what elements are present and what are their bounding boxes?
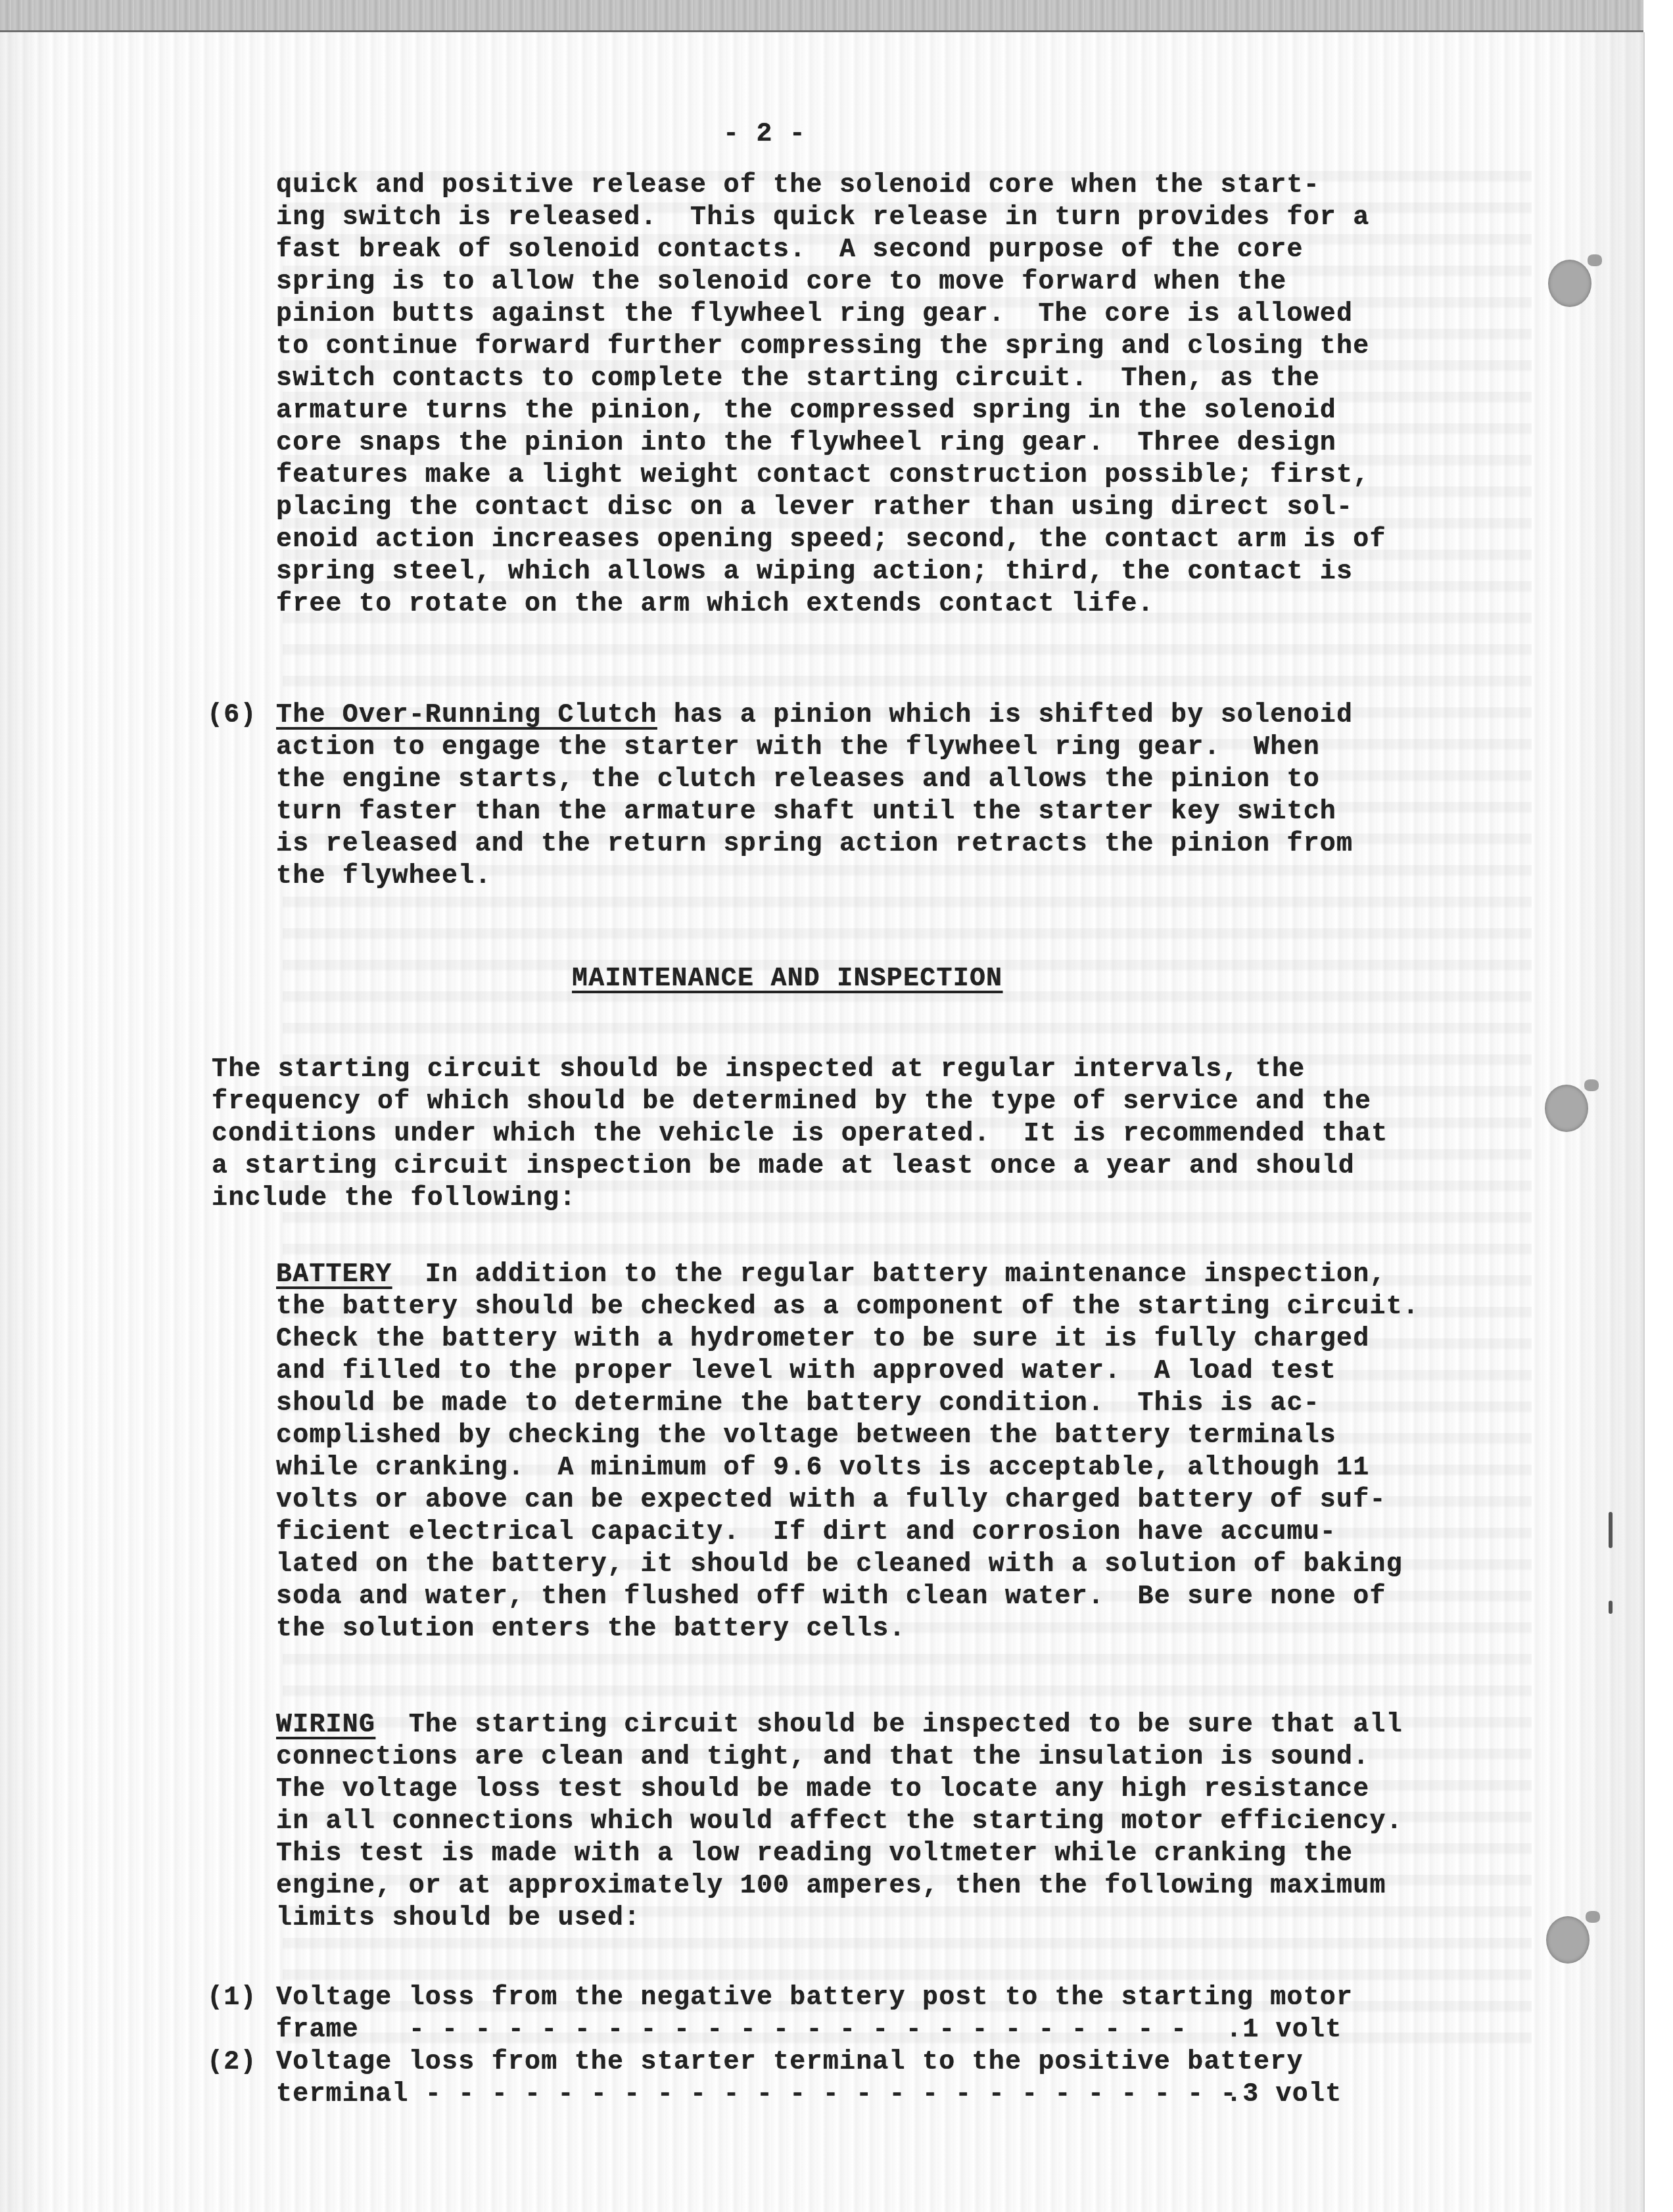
text-line: is released and the return spring action… [276, 828, 1353, 860]
maintenance-heading: MAINTENANCE AND INSPECTION [572, 963, 1002, 995]
text-line: turn faster than the armature shaft unti… [276, 796, 1336, 828]
text-line: switch contacts to complete the starting… [276, 363, 1320, 395]
text-line: volts or above can be expected with a fu… [276, 1484, 1386, 1517]
text-line: placing the contact disc on a lever rath… [276, 492, 1353, 524]
text-line: Check the battery with a hydrometer to b… [276, 1323, 1369, 1355]
text-line: engine, or at approximately 100 amperes,… [276, 1870, 1386, 1902]
text-line: the solution enters the battery cells. [276, 1613, 906, 1645]
text-line: core snaps the pinion into the flywheel … [276, 427, 1336, 459]
text-line: pinion butts against the flywheel ring g… [276, 298, 1353, 331]
text-line: should be made to determine the battery … [276, 1388, 1320, 1420]
text-line: spring steel, which allows a wiping acti… [276, 556, 1353, 588]
punch-hole-icon [1548, 260, 1591, 307]
text-line: limits should be used: [276, 1902, 641, 1935]
text-line: The voltage loss test should be made to … [276, 1774, 1369, 1806]
text-line: the battery should be checked as a compo… [276, 1291, 1419, 1323]
limit-leader-line: terminal - - - - - - - - - - - - - - - -… [276, 2079, 1237, 2111]
battery-label: BATTERY [276, 1260, 392, 1290]
text-line: enoid action increases opening speed; se… [276, 524, 1386, 556]
limit-value: .1 volt [1226, 2014, 1342, 2046]
edge-mark [1609, 1512, 1613, 1548]
punch-hole-icon [1546, 1916, 1590, 1964]
heading-text: MAINTENANCE AND INSPECTION [572, 964, 1002, 994]
text-line: complished by checking the voltage betwe… [276, 1420, 1336, 1452]
text-line: lated on the battery, it should be clean… [276, 1549, 1403, 1581]
limit-description: Voltage loss from the negative battery p… [276, 1982, 1353, 2014]
text-line: free to rotate on the arm which extends … [276, 588, 1154, 621]
battery-first-line: BATTERY In addition to the regular batte… [276, 1259, 1386, 1291]
text-line: soda and water, then flushed off with cl… [276, 1581, 1386, 1613]
text-line: spring is to allow the solenoid core to … [276, 266, 1286, 298]
edge-mark [1609, 1601, 1613, 1614]
over-running-clutch-term: The Over-Running Clutch [276, 701, 657, 730]
text-line: ing switch is released. This quick relea… [276, 202, 1369, 234]
text-line: features make a light weight contact con… [276, 459, 1369, 492]
battery-line-rest: In addition to the regular battery maint… [392, 1260, 1386, 1290]
text-line: and filled to the proper level with appr… [276, 1355, 1336, 1388]
text-line: The starting circuit should be inspected… [212, 1054, 1305, 1086]
text-line: include the following: [212, 1183, 577, 1215]
text-line: This test is made with a low reading vol… [276, 1838, 1353, 1870]
text-line: in all connections which would affect th… [276, 1806, 1403, 1838]
text-line: quick and positive release of the soleno… [276, 170, 1320, 202]
limit-leader-line: frame - - - - - - - - - - - - - - - - - … [276, 2014, 1187, 2046]
page-number: - 2 - [723, 118, 806, 151]
text-line: ficient electrical capacity. If dirt and… [276, 1517, 1336, 1549]
text-line: to continue forward further compressing … [276, 331, 1369, 363]
page-right-margin [1645, 0, 1673, 2212]
wiring-label: WIRING [276, 1710, 375, 1740]
text-line: armature turns the pinion, the compresse… [276, 395, 1336, 427]
text-line: connections are clean and tight, and tha… [276, 1741, 1369, 1774]
text-line: conditions under which the vehicle is op… [212, 1118, 1388, 1150]
limit-value: .3 volt [1226, 2079, 1342, 2111]
text-line: the engine starts, the clutch releases a… [276, 764, 1320, 796]
text-line: action to engage the starter with the fl… [276, 732, 1320, 764]
scanner-edge-band [0, 0, 1643, 32]
item-number: (6) [207, 699, 257, 732]
limit-number: (1) [207, 1982, 257, 2014]
wiring-first-line: WIRING The starting circuit should be in… [276, 1709, 1403, 1741]
text-line: frequency of which should be determined … [212, 1086, 1371, 1118]
text-line: a starting circuit inspection be made at… [212, 1150, 1355, 1183]
limit-description: Voltage loss from the starter terminal t… [276, 2046, 1304, 2079]
section-6-first-line: The Over-Running Clutch has a pinion whi… [276, 699, 1353, 732]
text-line: while cranking. A minimum of 9.6 volts i… [276, 1452, 1369, 1484]
section-6-line-rest: has a pinion which is shifted by solenoi… [657, 701, 1354, 730]
wiring-line-rest: The starting circuit should be inspected… [375, 1710, 1403, 1740]
text-line: the flywheel. [276, 860, 492, 893]
text-line: fast break of solenoid contacts. A secon… [276, 234, 1304, 266]
limit-number: (2) [207, 2046, 257, 2079]
punch-hole-icon [1545, 1085, 1588, 1132]
